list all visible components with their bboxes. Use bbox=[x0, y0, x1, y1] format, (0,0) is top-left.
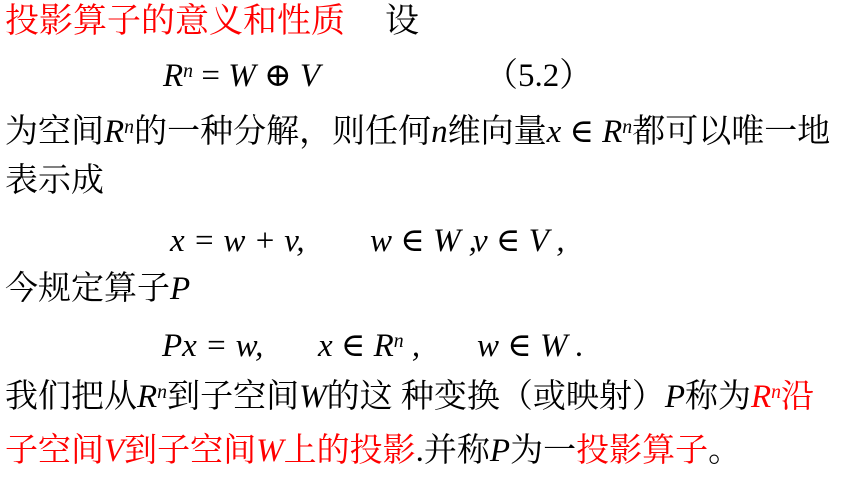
highlight-text: 子空间 bbox=[5, 433, 104, 469]
math-w-in-W: w ∈ W , bbox=[370, 219, 477, 263]
paragraph-3-line-2: 子空间V到子空间W上的投影.并称P为一投影算子。 bbox=[5, 429, 741, 473]
superscript-n: n bbox=[183, 60, 193, 82]
comma: , bbox=[404, 328, 421, 364]
math-var-R: R bbox=[104, 114, 124, 150]
direct-sum-symbol: ⊕ bbox=[256, 58, 300, 94]
math-x-equals-w-plus-v: x = w + v, bbox=[170, 219, 305, 263]
body-text: 表示成 bbox=[5, 163, 104, 199]
body-text: 到子空间 bbox=[167, 379, 299, 415]
body-text: .并称 bbox=[416, 433, 490, 469]
math-var-R: R bbox=[163, 58, 183, 94]
math-var-R: R bbox=[137, 379, 157, 415]
math-var-P: P bbox=[490, 433, 510, 469]
math-var-W: W bbox=[299, 379, 327, 415]
math-var-W: W bbox=[228, 58, 256, 94]
math-v-in-V: v ∈ V , bbox=[473, 219, 565, 263]
body-text: 今规定算子 bbox=[5, 271, 170, 307]
body-text: 的这 种变换（或映射） bbox=[327, 379, 665, 415]
paragraph-3-line-1: 我们把从Rn到子空间W的这 种变换（或映射）P称为Rn沿 bbox=[5, 375, 814, 423]
highlight-text: 到子空间 bbox=[124, 433, 256, 469]
math-var-V: V bbox=[300, 58, 320, 94]
body-text: 都可以唯一地 bbox=[632, 114, 830, 150]
math-var-P: P bbox=[170, 271, 190, 307]
superscript-n: n bbox=[157, 381, 167, 403]
paragraph-1-line-2: 表示成 bbox=[5, 159, 104, 203]
superscript-n: n bbox=[622, 116, 632, 138]
body-text: 称为 bbox=[685, 379, 751, 415]
full-stop: 。 bbox=[708, 433, 741, 469]
superscript-n: n bbox=[394, 330, 404, 352]
superscript-n-red: n bbox=[771, 381, 781, 403]
highlight-term: 投影算子 bbox=[576, 433, 708, 469]
math-var-n: n bbox=[431, 114, 448, 150]
math-x-in-Rn: x ∈ Rn , bbox=[318, 324, 420, 372]
paragraph-2-line: 今规定算子P bbox=[5, 267, 190, 311]
superscript-n: n bbox=[124, 116, 134, 138]
math-var-R-red: R bbox=[751, 379, 771, 415]
math-w-in-W: w ∈ W . bbox=[477, 324, 584, 368]
equation-number: （5.2） bbox=[485, 54, 592, 98]
body-text: 为一 bbox=[510, 433, 576, 469]
lead-in-text: 设 bbox=[385, 3, 419, 40]
highlight-text: 上的投影 bbox=[284, 433, 416, 469]
paragraph-1-line-1: 为空间Rn的一种分解，则任何n维向量x ∈ Rn都可以唯一地 bbox=[5, 110, 830, 158]
equation-direct-sum: Rn = W ⊕ V bbox=[163, 54, 320, 102]
math-var-P: P bbox=[665, 379, 685, 415]
math-var-V-red: V bbox=[104, 433, 124, 469]
highlight-text: 沿 bbox=[781, 379, 814, 415]
math-var-W-red: W bbox=[256, 433, 284, 469]
document-page: 投影算子的意义和性质设 Rn = W ⊕ V（5.2） 为空间Rn的一种分解，则… bbox=[0, 0, 860, 480]
body-text: 我们把从 bbox=[5, 379, 137, 415]
math-x-in-R: x ∈ R bbox=[547, 114, 623, 150]
math-x-in-R: x ∈ R bbox=[318, 328, 394, 364]
equals-sign: = bbox=[193, 58, 228, 94]
body-text: 维向量 bbox=[448, 114, 547, 150]
page-title: 投影算子的意义和性质 bbox=[5, 3, 345, 40]
math-Px-equals-w: Px = w, bbox=[162, 324, 263, 368]
body-text: 为空间 bbox=[5, 114, 104, 150]
title-line: 投影算子的意义和性质设 bbox=[5, 0, 419, 44]
body-text: 的一种分解，则任何 bbox=[134, 114, 431, 150]
